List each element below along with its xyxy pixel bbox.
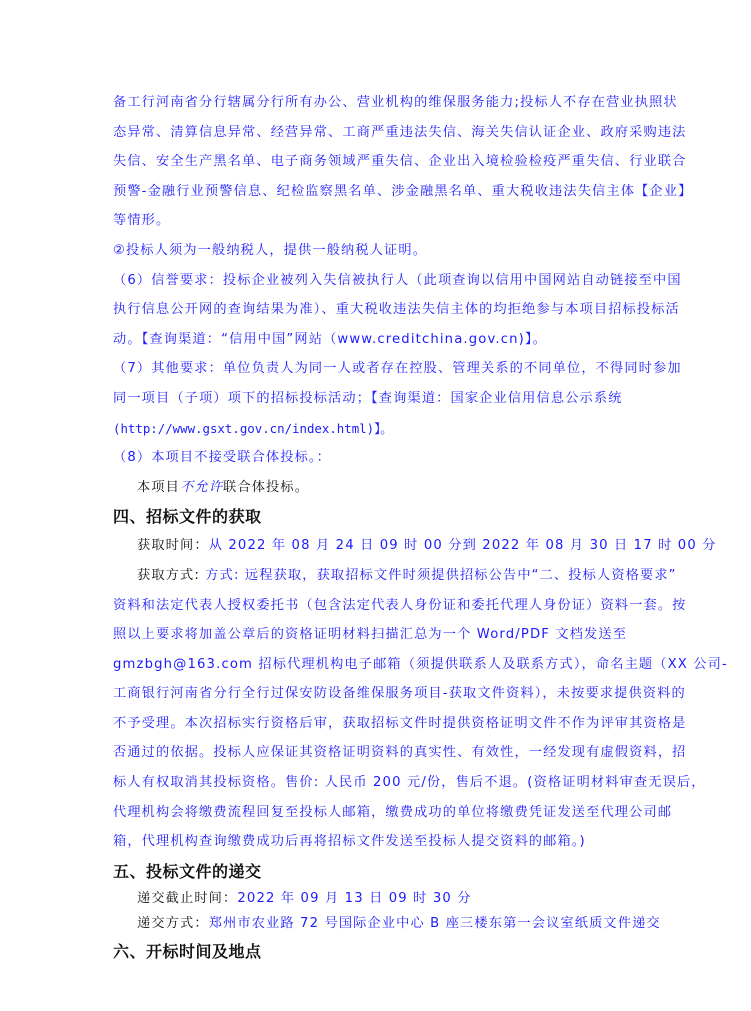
submission-method: 递交方式：郑州市农业路 72 号国际企业中心 B 座三楼东第一会议室纸质文件递交 [113, 911, 648, 937]
acquisition-method-line: 否通过的依据。投标人应保证其资格证明资料的真实性、有效性，一经发现有虚假资料，招 [113, 738, 648, 768]
submission-deadline-label: 递交截止时间： [137, 891, 237, 906]
acquisition-method-line: 不予受理。本次招标实行资格后审，获取招标文件时提供资格证明文件不作为评审其资格是 [113, 709, 648, 739]
paragraph-line: 备工行河南省分行辖属分行所有办公、营业机构的维保服务能力;投标人不存在营业执照状 [113, 88, 648, 118]
consortium-prefix: 本项目 [137, 480, 180, 495]
acquisition-method-line: 工商银行河南省分行全行过保安防设备维保服务项目-获取文件资料），未按要求提供资料… [113, 679, 648, 709]
acquisition-method-email-line: gmzbgh@163.com 招标代理机构电子邮箱（须提供联系人及联系方式），命… [113, 650, 648, 680]
paragraph-line: 预警-金融行业预警信息、纪检监察黑名单、涉金融黑名单、重大税收违法失信主体【企业… [113, 177, 648, 207]
consortium-requirement: （8）本项目不接受联合体投标。： [113, 443, 648, 473]
paragraph-line: 失信、安全生产黑名单、电子商务领域严重失信、企业出入境检验检疫严重失信、行业联合 [113, 147, 648, 177]
paragraph-line: 等情形。 [113, 206, 648, 236]
acquisition-method-label: 获取方式: [137, 568, 200, 583]
other-requirement-url-line: (http://www.gsxt.gov.cn/index.html)】。 [113, 414, 648, 444]
other-requirement-line: （7）其他要求：单位负责人为同一人或者存在控股、管理关系的不同单位，不得同时参加 [113, 354, 648, 384]
acquisition-method: 获取方式: 方式: 远程获取，获取招标文件时须提供招标公告中“二、投标人资格要求… [113, 561, 648, 591]
credit-requirement-line: 动。【查询渠道：“信用中国”网站（www.creditchina.gov.cn)… [113, 325, 648, 355]
acquisition-time-label: 获取时间： [137, 538, 209, 553]
acquisition-time-value: 从 2022 年 08 月 24 日 09 时 00 分到 2022 年 08 … [209, 538, 717, 553]
acquisition-method-price-line: 标人有权取消其投标资格。售价: 人民币 200 元/份，售后不退。(资格证明材料… [113, 768, 648, 798]
acquisition-method-line: 箱，代理机构查询缴费成功后再将招标文件发送至投标人提交资料的邮箱。) [113, 827, 648, 857]
acquisition-method-line: 代理机构会将缴费流程回复至投标人邮箱，缴费成功的单位将缴费凭证发送至代理公司邮 [113, 798, 648, 828]
section-heading-5: 五、投标文件的递交 [113, 857, 648, 886]
section-heading-6: 六、开标时间及地点 [113, 937, 648, 966]
acquisition-method-line: 照以上要求将加盖公章后的资格证明材料扫描汇总为一个 Word/PDF 文档发送至 [113, 620, 648, 650]
acquisition-method-line: 资料和法定代表人授权委托书（包含法定代表人身份证和委托代理人身份证）资料一套。按 [113, 591, 648, 621]
submission-method-value: 郑州市农业路 72 号国际企业中心 B 座三楼东第一会议室纸质文件递交 [209, 916, 661, 931]
submission-deadline: 递交截止时间：2022 年 09 月 13 日 09 时 30 分 [113, 886, 648, 912]
submission-deadline-value: 2022 年 09 月 13 日 09 时 30 分 [237, 891, 471, 906]
consortium-suffix: 联合体投标。 [223, 480, 309, 495]
taxpayer-requirement: ②投标人须为一般纳税人，提供一般纳税人证明。 [113, 236, 648, 266]
document-page: 备工行河南省分行辖属分行所有办公、营业机构的维保服务能力;投标人不存在营业执照状… [113, 88, 648, 966]
acquisition-time: 获取时间：从 2022 年 08 月 24 日 09 时 00 分到 2022 … [113, 531, 648, 561]
paragraph-line: 态异常、清算信息异常、经营异常、工商严重违法失信、海关失信认证企业、政府采购违法 [113, 118, 648, 148]
acquisition-method-value: 方式: 远程获取，获取招标文件时须提供招标公告中“二、投标人资格要求” [205, 568, 676, 583]
credit-requirement-line: （6）信誉要求：投标企业被列入失信被执行人（此项查询以信用中国网站自动链接至中国 [113, 266, 648, 296]
submission-method-label: 递交方式： [137, 916, 209, 931]
consortium-statement: 本项目不允许联合体投标。 [113, 473, 648, 503]
credit-requirement-line: 执行信息公开网的查询结果为准）、重大税收违法失信主体的均拒绝参与本项目招标投标活 [113, 295, 648, 325]
consortium-value: 不允许 [180, 480, 223, 495]
section-heading-4: 四、招标文件的获取 [113, 502, 648, 531]
other-requirement-line: 同一项目（子项）项下的招标投标活动；【查询渠道：国家企业信用信息公示系统 [113, 384, 648, 414]
